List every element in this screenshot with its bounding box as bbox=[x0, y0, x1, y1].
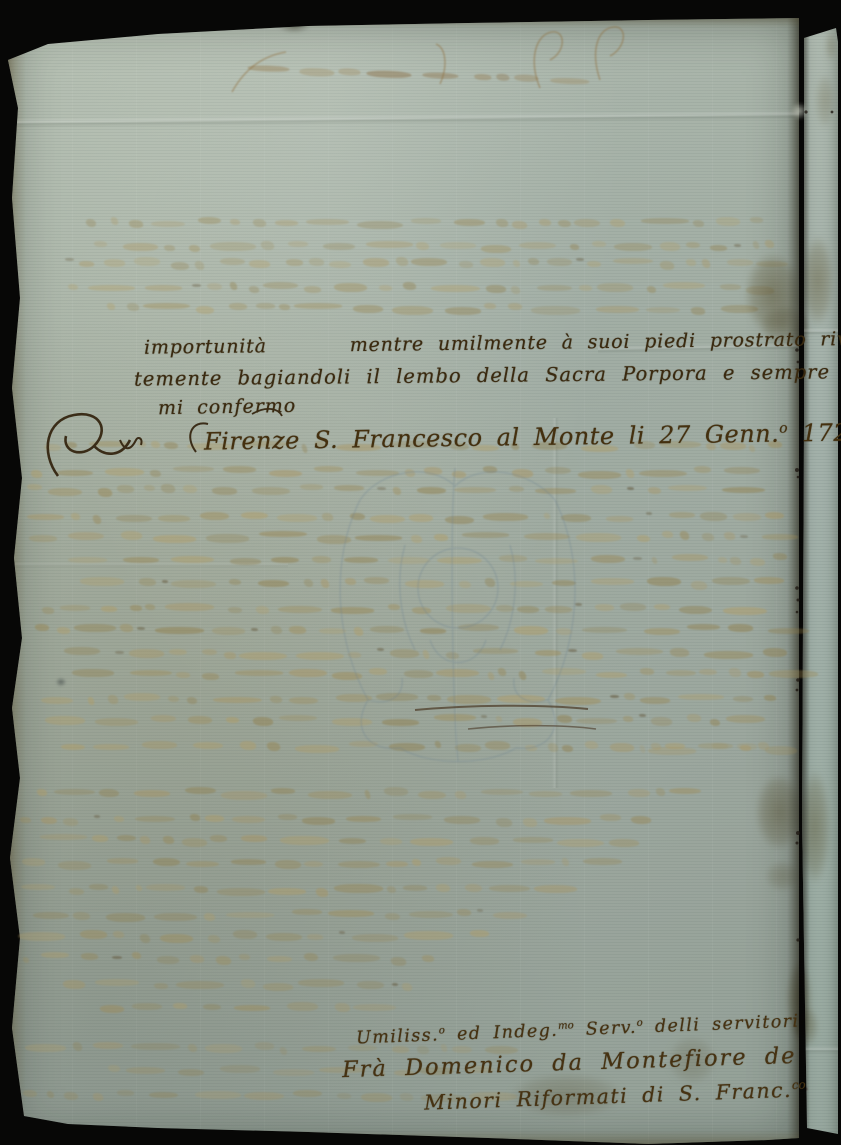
closing-line-1: importunità mentre umilmente à suoi pied… bbox=[144, 327, 841, 358]
fold-ink-specks bbox=[795, 110, 833, 941]
fold-crease bbox=[801, 1046, 838, 1054]
bleedthrough-text-block bbox=[24, 438, 786, 772]
showthrough-strokes bbox=[415, 706, 596, 729]
signature-paraph bbox=[48, 409, 282, 476]
signature-text: delli servitori bbox=[643, 1011, 800, 1037]
stain bbox=[492, 1066, 642, 1124]
signature-text: Serv. bbox=[573, 1018, 637, 1040]
left-edge-browning bbox=[8, 18, 26, 1144]
dateline: Firenze S. Francesco al Monte li 27 Genn… bbox=[204, 418, 841, 455]
stain bbox=[790, 1000, 822, 1052]
bleedthrough-text-block bbox=[12, 784, 702, 1030]
fold-crease bbox=[8, 562, 288, 568]
signature-superscript: o bbox=[637, 1018, 644, 1029]
fold-shadow bbox=[787, 18, 799, 1144]
signature-text: ed Indeg. bbox=[445, 1021, 559, 1045]
overlay-graphics bbox=[0, 0, 841, 1145]
signature-superscript: mo bbox=[558, 1020, 574, 1032]
signature-superscript: co bbox=[792, 1078, 806, 1092]
fold-crease bbox=[801, 328, 838, 335]
bleedthrough-text-block bbox=[620, 742, 780, 778]
stain bbox=[748, 762, 810, 862]
closing-line-3: mi confermo bbox=[158, 395, 297, 419]
stain bbox=[798, 222, 838, 340]
signature-line-1: Umiliss.o ed Indeg.mo Serv.o delli servi… bbox=[356, 1011, 800, 1048]
bleedthrough-text-block bbox=[62, 214, 780, 326]
watermark-impression bbox=[340, 468, 575, 762]
stain bbox=[760, 856, 804, 896]
dateline-superscript: o bbox=[779, 420, 788, 436]
stain bbox=[824, 26, 838, 66]
signature-text: Minori Riformati di S. Franc. bbox=[424, 1078, 793, 1115]
stain bbox=[736, 240, 810, 348]
manuscript-scan: importunità mentre umilmente à suoi pied… bbox=[0, 0, 841, 1145]
docket-flourishes bbox=[232, 27, 623, 92]
adjacent-page-edge bbox=[801, 22, 838, 1144]
dateline-year: 1727 bbox=[787, 418, 841, 447]
signature-line-2: Frà Domenico da Montefiore de bbox=[342, 1043, 797, 1083]
top-edge-browning bbox=[8, 18, 799, 28]
stain bbox=[812, 66, 838, 136]
stain bbox=[795, 752, 835, 902]
ink-speck bbox=[54, 676, 68, 688]
stain bbox=[660, 1028, 724, 1092]
signature-line-3: Minori Riformati di S. Franc.co bbox=[424, 1077, 807, 1114]
closing-line-2: temente bagiandoli il lembo della Sacra … bbox=[134, 360, 830, 390]
red-speck bbox=[803, 1086, 809, 1092]
dateline-text: Firenze S. Francesco al Monte li 27 Genn… bbox=[204, 420, 780, 456]
stain bbox=[272, 16, 316, 36]
signature-text: Umiliss. bbox=[356, 1025, 440, 1048]
faded-docket-text bbox=[227, 25, 619, 89]
fold-shadow bbox=[801, 22, 810, 1144]
stain bbox=[752, 300, 818, 352]
fold-crease bbox=[598, 342, 798, 353]
bottom-edge-browning bbox=[8, 1130, 799, 1144]
stain bbox=[782, 950, 816, 1050]
bleedthrough-text-block bbox=[18, 1038, 518, 1126]
fold-crease bbox=[8, 110, 799, 128]
fold-damage-spot bbox=[788, 100, 810, 122]
fold-crease-vertical bbox=[552, 418, 559, 788]
paper-sheet bbox=[8, 18, 799, 1144]
signature-superscript: o bbox=[439, 1025, 446, 1036]
